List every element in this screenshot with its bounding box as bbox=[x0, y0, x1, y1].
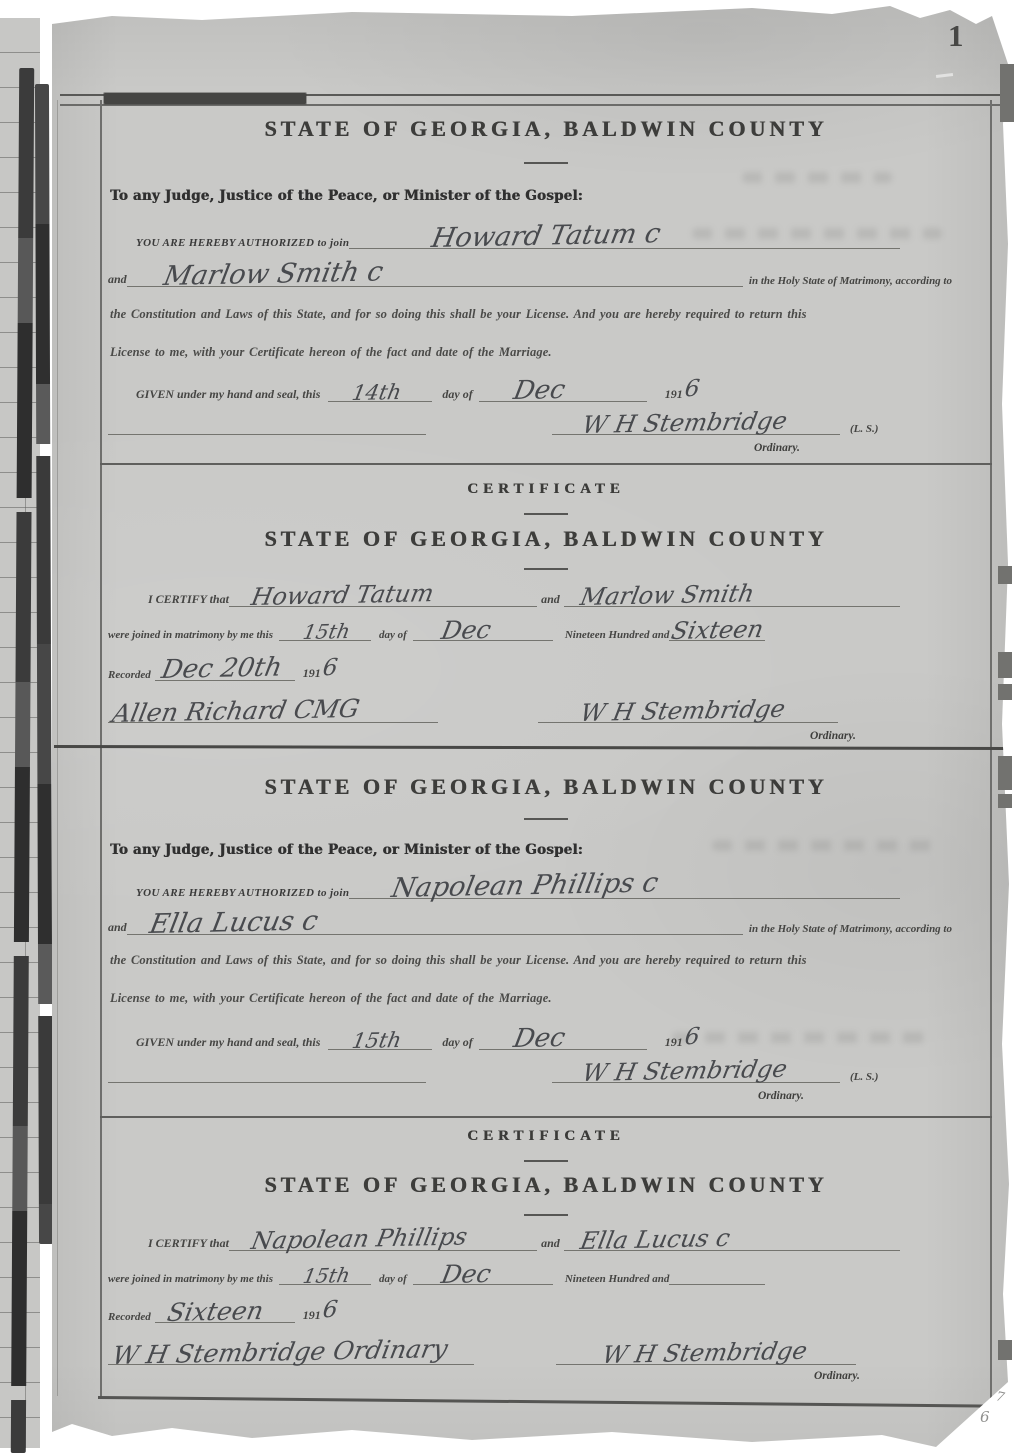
ordinary-signature-field: W H Stembridge bbox=[552, 406, 840, 435]
married-month-handwritten: Dec bbox=[439, 615, 494, 645]
year-digit-handwritten: 6 bbox=[683, 1024, 701, 1051]
day-handwritten: 14th bbox=[350, 380, 403, 405]
officiant-signature-handwritten: Allen Richard CMG bbox=[110, 694, 362, 728]
married-month-handwritten: Dec bbox=[439, 1259, 494, 1289]
ordinary-signature-handwritten: W H Stembridge bbox=[580, 407, 790, 439]
day-of-label: day of bbox=[442, 1035, 472, 1050]
certificate-groom-handwritten: Howard Tatum bbox=[249, 579, 436, 611]
and-label: and bbox=[108, 920, 127, 935]
married-year-handwritten: Sixteen bbox=[669, 615, 766, 645]
page-edge-tab bbox=[998, 756, 1012, 790]
groom-name-field: Napolean Phillips c bbox=[349, 874, 900, 899]
married-year-field: Sixteen bbox=[669, 616, 765, 641]
left-border-rule bbox=[100, 100, 102, 1398]
day-of-label: day of bbox=[379, 1273, 407, 1285]
ordinary-title-label: Ordinary. bbox=[814, 1370, 860, 1382]
printer-imprint bbox=[104, 93, 306, 104]
record2-bride-line: and Ella Lucus c in the Holy State of Ma… bbox=[108, 910, 952, 935]
joined-label: were joined in matrimony by me this bbox=[108, 1273, 273, 1285]
matrimony-label: in the Holy State of Matrimony, accordin… bbox=[749, 923, 952, 935]
ordinary-signature-field: W H Stembridge bbox=[552, 1054, 840, 1083]
married-day-field: 15th bbox=[279, 616, 371, 641]
page-number: 1 bbox=[948, 18, 965, 54]
day-of-label: day of bbox=[379, 629, 407, 641]
year-prefix: 191 bbox=[303, 1308, 321, 1323]
heading-dash bbox=[524, 1160, 568, 1162]
bottom-border-rule bbox=[98, 1396, 992, 1407]
record2-body-line2: License to me, with your Certificate her… bbox=[110, 991, 552, 1006]
heading-dash bbox=[524, 818, 568, 820]
record1-salutation: To any Judge, Justice of the Peace, or M… bbox=[110, 188, 583, 204]
month-handwritten: Dec bbox=[511, 1023, 568, 1054]
ordinary-signature-field: W H Stembridge bbox=[556, 1334, 856, 1365]
record2-certificate-state-heading: STATE OF GEORGIA, BALDWIN COUNTY bbox=[108, 1172, 984, 1198]
record1-certificate-signatures: Allen Richard CMG W H Stembridge bbox=[108, 692, 880, 723]
year-digit-handwritten: 6 bbox=[683, 376, 701, 403]
document-page: 1 STATE OF GEORGIA, BALDWIN COUNTY To an… bbox=[52, 4, 1010, 1448]
authorized-label: YOU ARE HEREBY AUTHORIZED to join bbox=[136, 887, 349, 899]
married-day-field: 15th bbox=[279, 1260, 371, 1285]
authorized-label: YOU ARE HEREBY AUTHORIZED to join bbox=[136, 237, 349, 249]
section-divider bbox=[100, 1116, 992, 1118]
ordinary-signature-field: W H Stembridge bbox=[538, 692, 838, 723]
record1-given-line: GIVEN under my hand and seal, this 14th … bbox=[136, 376, 856, 402]
page-edge-tab bbox=[998, 566, 1012, 584]
page-edge-tab bbox=[1000, 64, 1014, 122]
ls-seal-label: (L. S.) bbox=[850, 1071, 878, 1083]
ordinary-title-label: Ordinary. bbox=[758, 1090, 804, 1102]
ls-seal-label: (L. S.) bbox=[850, 423, 878, 435]
blank-line bbox=[108, 1054, 426, 1083]
certificate-bride-handwritten: Marlow Smith bbox=[578, 579, 757, 611]
heading-dash bbox=[524, 513, 568, 515]
certify-label: I CERTIFY that bbox=[148, 1236, 229, 1251]
officiant-signature-handwritten: W H Stembridge Ordinary bbox=[110, 1334, 450, 1370]
groom-name-handwritten: Napolean Phillips c bbox=[389, 867, 661, 904]
recorded-year-digit-handwritten: 6 bbox=[321, 1297, 339, 1324]
bride-name-field: Marlow Smith c bbox=[127, 262, 743, 287]
record2-recorded-line: Recorded Sixteen 1916 bbox=[108, 1296, 528, 1323]
married-year-field bbox=[669, 1260, 765, 1285]
recorded-year-digit-handwritten: 6 bbox=[321, 655, 339, 682]
given-label: GIVEN under my hand and seal, this bbox=[136, 1035, 320, 1050]
ordinary-signature-handwritten: W H Stembridge bbox=[578, 695, 788, 727]
recorded-date-field: Dec 20th bbox=[155, 654, 295, 681]
ordinary-signature-handwritten: W H Stembridge bbox=[600, 1337, 810, 1369]
page-edge-tab bbox=[998, 684, 1012, 700]
page-edge-tab bbox=[998, 652, 1012, 678]
record2-salutation: To any Judge, Justice of the Peace, or M… bbox=[110, 842, 583, 858]
record2-license-signature-line: W H Stembridge (L. S.) bbox=[108, 1054, 920, 1083]
year-prefix: 191 bbox=[303, 666, 321, 681]
bleed-through-smudge bbox=[742, 172, 892, 183]
record1-body-line1: the Constitution and Laws of this State,… bbox=[110, 307, 807, 322]
married-day-handwritten: 15th bbox=[301, 619, 352, 644]
record2-certificate-heading: CERTIFICATE bbox=[108, 1128, 984, 1145]
record1-bride-line: and Marlow Smith c in the Holy State of … bbox=[108, 262, 952, 287]
corner-pencil-mark: 6 bbox=[980, 1408, 990, 1426]
day-field: 14th bbox=[328, 379, 432, 402]
heading-dash bbox=[524, 1214, 568, 1216]
record-divider bbox=[54, 745, 1006, 750]
bride-name-handwritten: Marlow Smith c bbox=[161, 256, 386, 292]
nineteen-hundred-label: Nineteen Hundred and bbox=[565, 629, 670, 641]
recorded-label: Recorded bbox=[108, 1311, 151, 1323]
ordinary-signature-handwritten: W H Stembridge bbox=[580, 1055, 790, 1087]
record1-authorization-line: YOU ARE HEREBY AUTHORIZED to join Howard… bbox=[136, 224, 900, 249]
heading-dash bbox=[524, 568, 568, 570]
scratch-mark bbox=[936, 73, 953, 78]
page-edge-tab bbox=[998, 794, 1012, 808]
certificate-bride-handwritten: Ella Lucus c bbox=[578, 1224, 732, 1255]
and-label: and bbox=[541, 1236, 560, 1251]
bleed-through-smudge bbox=[712, 840, 942, 851]
record1-license-heading: STATE OF GEORGIA, BALDWIN COUNTY bbox=[108, 116, 984, 142]
record2-license-heading: STATE OF GEORGIA, BALDWIN COUNTY bbox=[108, 774, 984, 800]
record1-joined-line: were joined in matrimony by me this 15th… bbox=[108, 616, 984, 641]
month-field: Dec bbox=[479, 379, 647, 402]
groom-name-field: Howard Tatum c bbox=[349, 224, 900, 249]
and-label: and bbox=[541, 592, 560, 607]
married-month-field: Dec bbox=[413, 1260, 553, 1285]
record2-certify-line: I CERTIFY that Napolean Phillips and Ell… bbox=[148, 1222, 900, 1251]
recorded-date-handwritten: Dec 20th bbox=[159, 653, 285, 685]
married-month-field: Dec bbox=[413, 616, 553, 641]
certify-label: I CERTIFY that bbox=[148, 592, 229, 607]
record2-body-line1: the Constitution and Laws of this State,… bbox=[110, 953, 807, 968]
nineteen-hundred-label: Nineteen Hundred and bbox=[565, 1273, 670, 1285]
certificate-groom-handwritten: Napolean Phillips bbox=[249, 1223, 470, 1255]
certificate-groom-field: Napolean Phillips bbox=[229, 1222, 537, 1251]
bride-name-field: Ella Lucus c bbox=[127, 910, 743, 935]
matrimony-label: in the Holy State of Matrimony, accordin… bbox=[749, 275, 952, 287]
bride-name-handwritten: Ella Lucus c bbox=[147, 906, 321, 940]
day-field: 15th bbox=[328, 1027, 432, 1050]
day-of-label: day of bbox=[442, 387, 472, 402]
ordinary-title-label: Ordinary. bbox=[810, 730, 856, 742]
record1-certificate-heading: CERTIFICATE bbox=[108, 481, 984, 498]
heading-dash bbox=[524, 162, 568, 164]
year-prefix: 191 bbox=[665, 387, 683, 402]
section-divider bbox=[100, 463, 992, 465]
binding-strip bbox=[35, 84, 53, 1244]
recorded-date-field: Sixteen bbox=[155, 1296, 295, 1323]
record2-certificate-signatures: W H Stembridge Ordinary W H Stembridge bbox=[108, 1334, 898, 1365]
corner-pencil-mark: 7 bbox=[995, 1389, 1006, 1405]
blank-line bbox=[108, 406, 426, 435]
groom-name-handwritten: Howard Tatum c bbox=[429, 218, 663, 254]
record1-recorded-line: Recorded Dec 20th 1916 bbox=[108, 654, 528, 681]
certificate-groom-field: Howard Tatum bbox=[229, 578, 537, 607]
recorded-label: Recorded bbox=[108, 669, 151, 681]
year-prefix: 191 bbox=[665, 1035, 683, 1050]
and-label: and bbox=[108, 272, 127, 287]
ordinary-title-label: Ordinary. bbox=[754, 442, 800, 454]
record1-license-signature-line: W H Stembridge (L. S.) bbox=[108, 406, 920, 435]
month-handwritten: Dec bbox=[511, 375, 568, 406]
officiant-signature-field: W H Stembridge Ordinary bbox=[108, 1334, 474, 1365]
day-handwritten: 15th bbox=[350, 1028, 403, 1053]
certificate-bride-field: Marlow Smith bbox=[564, 578, 900, 607]
record1-certificate-state-heading: STATE OF GEORGIA, BALDWIN COUNTY bbox=[108, 526, 984, 552]
record2-authorization-line: YOU ARE HEREBY AUTHORIZED to join Napole… bbox=[136, 874, 900, 899]
married-day-handwritten: 15th bbox=[301, 1263, 352, 1288]
recorded-date-handwritten: Sixteen bbox=[165, 1296, 266, 1327]
record1-certify-line: I CERTIFY that Howard Tatum and Marlow S… bbox=[148, 578, 900, 607]
month-field: Dec bbox=[479, 1027, 647, 1050]
record1-body-line2: License to me, with your Certificate her… bbox=[110, 345, 552, 360]
officiant-signature-field: Allen Richard CMG bbox=[108, 692, 438, 723]
joined-label: were joined in matrimony by me this bbox=[108, 629, 273, 641]
given-label: GIVEN under my hand and seal, this bbox=[136, 387, 320, 402]
record2-joined-line: were joined in matrimony by me this 15th… bbox=[108, 1260, 984, 1285]
page-edge-tab bbox=[998, 1340, 1012, 1360]
record2-given-line: GIVEN under my hand and seal, this 15th … bbox=[136, 1024, 856, 1050]
scanned-document: 1 STATE OF GEORGIA, BALDWIN COUNTY To an… bbox=[0, 0, 1023, 1453]
certificate-bride-field: Ella Lucus c bbox=[564, 1222, 900, 1251]
